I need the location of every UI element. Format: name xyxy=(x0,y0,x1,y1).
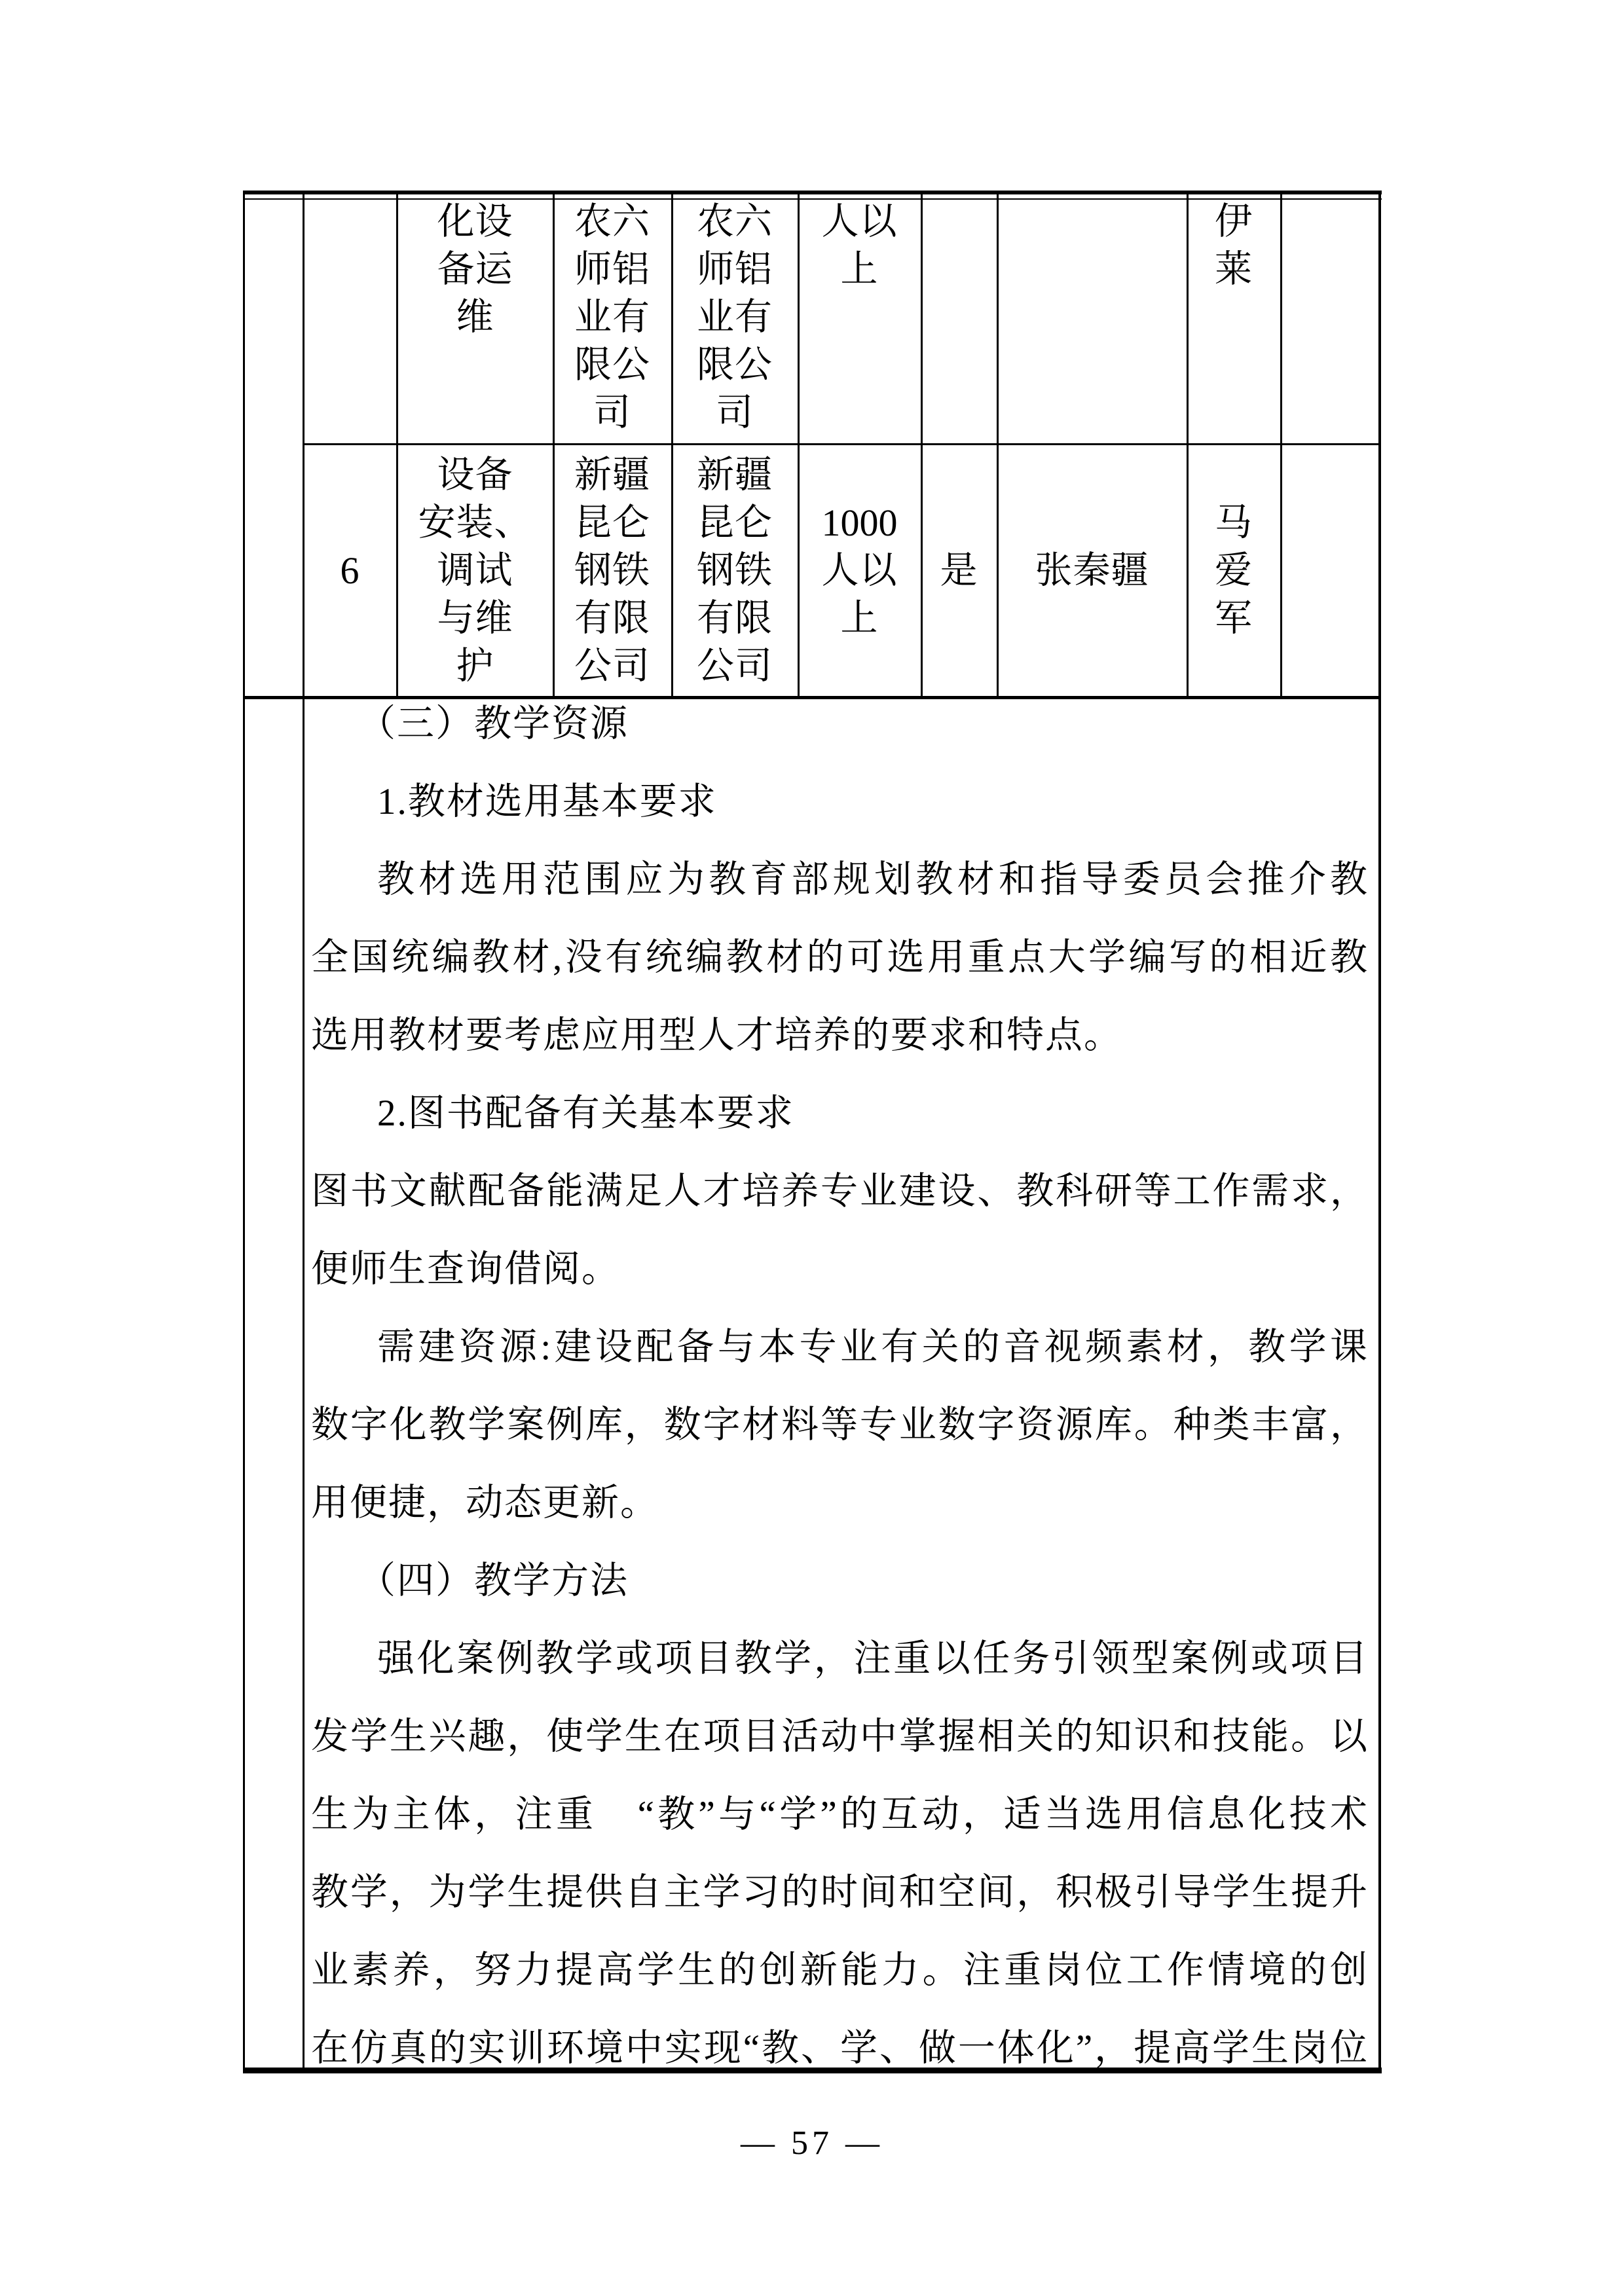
table-cell-contact: 马 爱 军 xyxy=(1189,446,1279,695)
body-line: 便师生查询借阅。 xyxy=(303,1230,1378,1308)
table-row-divider xyxy=(303,443,1380,445)
body-line: 需建资源:建设配备与本专业有关的音视频素材，教学课件、 xyxy=(303,1308,1378,1386)
table-cell-scale: 1000 人以 上 xyxy=(800,446,919,695)
table-cell-company: 农六 师铝 业有 限公 司 xyxy=(555,198,670,437)
table-cell-company: 新疆 昆仑 钢铁 有限 公司 xyxy=(673,446,796,695)
table-top-border-thick xyxy=(243,191,1382,194)
page-number: — 57 — xyxy=(0,2124,1624,2162)
table-cell-post-name: 化设 备运 维 xyxy=(398,198,552,341)
body-line: 生为主体，注重 “教”与“学”的互动，适当选用信息化技术 xyxy=(303,1776,1378,1853)
body-line: 用便捷，动态更新。 xyxy=(303,1464,1378,1542)
table-cell-contact: 伊 莱 xyxy=(1189,198,1279,293)
table-cell-post-name: 设备 安装、 调试 与维 护 xyxy=(398,446,552,695)
body-line: 教材选用范围应为教育部规划教材和指导委员会推介教材， xyxy=(303,841,1378,919)
outer-right-border xyxy=(1378,191,1381,2073)
table-cell-cooperation-flag: 是 xyxy=(923,446,995,695)
body-line: 教学，为学生提供自主学习的时间和空间，积极引导学生提升职 xyxy=(303,1853,1378,1931)
body-line: 强化案例教学或项目教学，注重以任务引领型案例或项目激 xyxy=(303,1620,1378,1698)
section-heading: （四）教学方法 xyxy=(303,1542,1378,1620)
table-cell-company: 新疆 昆仑 钢铁 有限 公司 xyxy=(555,446,670,695)
sub-heading: 2.图书配备有关基本要求 xyxy=(303,1074,1378,1152)
body-line: 业素养，努力提高学生的创新能力。注重岗位工作情境的创设， xyxy=(303,1931,1378,2009)
table-cell-contact: 张秦疆 xyxy=(999,446,1185,695)
table-cell-scale: 人以 上 xyxy=(800,198,919,293)
body-text-block: （三）教学资源 1.教材选用基本要求 教材选用范围应为教育部规划教材和指导委员会… xyxy=(303,685,1378,2087)
document-page: 化设 备运 维 农六 师铝 业有 限公 司 农六 师铝 业有 限公 司 人以 上… xyxy=(0,0,1624,2296)
body-line: 图书文献配备能满足人才培养专业建设、教科研等工作需求，方 xyxy=(303,1152,1378,1230)
outer-left-border xyxy=(243,191,245,2073)
body-line: 选用教材要考虑应用型人才培养的要求和特点。 xyxy=(303,996,1378,1074)
body-line: 在仿真的实训环境中实现“教、学、做一体化”，提高学生岗位适 xyxy=(303,2009,1378,2087)
table-cell-company: 农六 师铝 业有 限公 司 xyxy=(673,198,796,437)
table-cell-seq: 6 xyxy=(304,446,395,695)
body-line: 数字化教学案例库，数字材料等专业数字资源库。种类丰富，使 xyxy=(303,1386,1378,1464)
body-line: 发学生兴趣，使学生在项目活动中掌握相关的知识和技能。以学 xyxy=(303,1698,1378,1776)
section-heading: （三）教学资源 xyxy=(303,685,1378,763)
body-line: 全国统编教材,没有统编教材的可选用重点大学编写的相近教材, xyxy=(303,919,1378,996)
sub-heading: 1.教材选用基本要求 xyxy=(303,763,1378,841)
